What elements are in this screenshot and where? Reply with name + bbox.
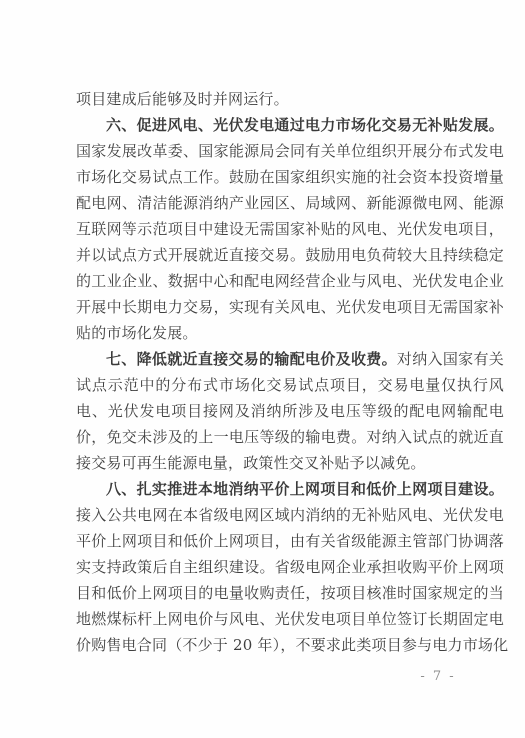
text-segment: 互联网等示范项目中建设无需国家补贴的风电、光伏发电项目，	[76, 220, 504, 238]
text-line: 电、光伏发电项目接网及消纳所涉及电压等级的配电网输配电	[76, 398, 504, 424]
text-segment: 平价上网项目和低价上网项目，由有关省级能源主管部门协调落	[76, 532, 504, 550]
text-line: 实支持政策后自主组织建设。省级电网企业承担收购平价上网项	[76, 554, 504, 580]
text-line: 项目建成后能够及时并网运行。	[76, 86, 504, 112]
text-line: 接交易可再生能源电量，政策性交叉补贴予以减免。	[76, 450, 504, 476]
text-segment: 的工业企业、数据中心和配电网经营企业与风电、光伏发电企业	[76, 272, 504, 290]
heading-segment: 六、促进风电、光伏发电通过电力市场化交易无补贴发展。	[106, 116, 504, 134]
text-segment: 地燃煤标杆上网电价与风电、光伏发电项目单位签订长期固定电	[76, 610, 504, 628]
text-line: 国家发展改革委、国家能源局会同有关单位组织开展分布式发电	[76, 138, 504, 164]
text-line: 目和低价上网项目的电量收购责任，按项目核准时国家规定的当	[76, 580, 504, 606]
text-line: 开展中长期电力交易，实现有关风电、光伏发电项目无需国家补	[76, 294, 504, 320]
heading-segment: 七、降低就近直接交易的输配电价及收费。	[106, 350, 397, 368]
text-line: 试点示范中的分布式市场化交易试点项目，交易电量仅执行风	[76, 372, 504, 398]
text-line: 市场化交易试点工作。鼓励在国家组织实施的社会资本投资增量	[76, 164, 504, 190]
text-line: 并以试点方式开展就近直接交易。鼓励用电负荷较大且持续稳定	[76, 242, 504, 268]
text-segment: 市场化交易试点工作。鼓励在国家组织实施的社会资本投资增量	[76, 168, 504, 186]
text-segment: 项目建成后能够及时并网运行。	[76, 90, 289, 108]
text-segment: 目和低价上网项目的电量收购责任，按项目核准时国家规定的当	[76, 584, 504, 602]
text-segment: 贴的市场化发展。	[76, 324, 198, 342]
text-segment: 电、光伏发电项目接网及消纳所涉及电压等级的配电网输配电	[76, 402, 504, 420]
text-line: 六、促进风电、光伏发电通过电力市场化交易无补贴发展。	[76, 112, 504, 138]
text-line: 八、扎实推进本地消纳平价上网项目和低价上网项目建设。	[76, 476, 504, 502]
text-line: 七、降低就近直接交易的输配电价及收费。对纳入国家有关	[76, 346, 504, 372]
text-line: 贴的市场化发展。	[76, 320, 504, 346]
text-line: 价购售电合同（不少于 20 年），不要求此类项目参与电力市场化	[76, 632, 504, 658]
text-line: 互联网等示范项目中建设无需国家补贴的风电、光伏发电项目，	[76, 216, 504, 242]
text-segment: 国家发展改革委、国家能源局会同有关单位组织开展分布式发电	[76, 142, 504, 160]
heading-segment: 八、扎实推进本地消纳平价上网项目和低价上网项目建设。	[106, 480, 504, 498]
text-segment: 价购售电合同（不少于 20 年），不要求此类项目参与电力市场化	[76, 636, 508, 654]
text-segment: 接交易可再生能源电量，政策性交叉补贴予以减免。	[76, 454, 426, 472]
text-line: 地燃煤标杆上网电价与风电、光伏发电项目单位签订长期固定电	[76, 606, 504, 632]
text-segment: 配电网、清洁能源消纳产业园区、局域网、新能源微电网、能源	[76, 194, 504, 212]
page-number: - 7 -	[405, 668, 471, 686]
text-segment: 接入公共电网在本省级电网区域内消纳的无补贴风电、光伏发电	[76, 506, 504, 524]
text-line: 接入公共电网在本省级电网区域内消纳的无补贴风电、光伏发电	[76, 502, 504, 528]
text-segment: 价，免交未涉及的上一电压等级的输电费。对纳入试点的就近直	[76, 428, 504, 446]
text-segment: 并以试点方式开展就近直接交易。鼓励用电负荷较大且持续稳定	[76, 246, 504, 264]
text-line: 的工业企业、数据中心和配电网经营企业与风电、光伏发电企业	[76, 268, 504, 294]
text-line: 平价上网项目和低价上网项目，由有关省级能源主管部门协调落	[76, 528, 504, 554]
text-line: 价，免交未涉及的上一电压等级的输电费。对纳入试点的就近直	[76, 424, 504, 450]
text-segment: 试点示范中的分布式市场化交易试点项目，交易电量仅执行风	[76, 376, 504, 394]
document-page: 项目建成后能够及时并网运行。六、促进风电、光伏发电通过电力市场化交易无补贴发展。…	[0, 0, 525, 738]
text-segment: 对纳入国家有关	[397, 350, 504, 368]
text-segment: 开展中长期电力交易，实现有关风电、光伏发电项目无需国家补	[76, 298, 504, 316]
body-text: 项目建成后能够及时并网运行。六、促进风电、光伏发电通过电力市场化交易无补贴发展。…	[76, 86, 504, 658]
text-segment: 实支持政策后自主组织建设。省级电网企业承担收购平价上网项	[76, 558, 504, 576]
text-line: 配电网、清洁能源消纳产业园区、局域网、新能源微电网、能源	[76, 190, 504, 216]
